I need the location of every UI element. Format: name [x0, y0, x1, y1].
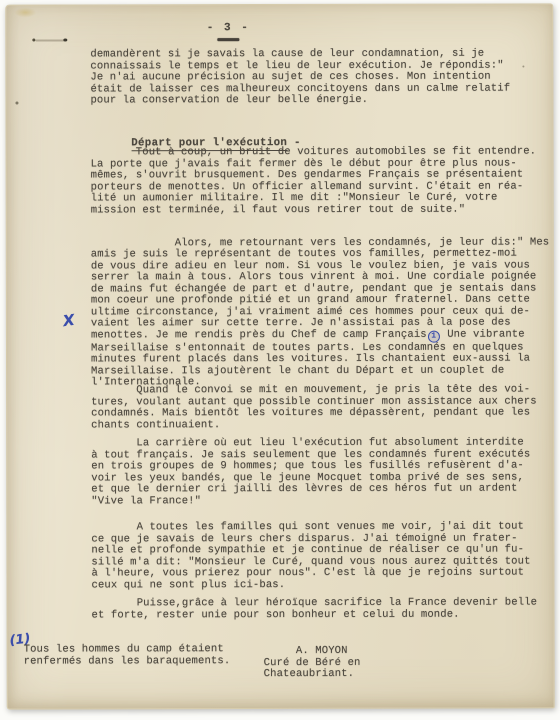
paper-stain [14, 8, 36, 18]
signature-block: A. MOYON Curé de Béré en Chateaubriant. [264, 646, 361, 681]
paper-speck [63, 38, 67, 41]
footnote-reference-number: 1 [431, 331, 436, 340]
paragraph-convoy: Quand le convoi se mit en mouvement, je … [91, 384, 537, 431]
paragraph-farewell: Alors, me retournant vers les condamnés,… [91, 225, 550, 400]
paper-speck [522, 65, 524, 67]
paper-sheet: - 3 - demandèrent si je savais la cause … [5, 3, 554, 709]
paragraph-families: A toutes les familles qui sont venues me… [91, 521, 530, 591]
paragraph-departure: Tout à coup, un bruit de voitures automo… [91, 146, 537, 216]
page-number-underline [217, 38, 239, 41]
paragraph-farewell-part1: Alors, me retournant vers les condamnés,… [91, 236, 549, 341]
paper-speck [32, 39, 35, 42]
handwritten-x-mark: X [62, 311, 76, 330]
scanned-document-page: - 3 - demandèrent si je savais la cause … [0, 0, 560, 720]
paper-speck [15, 102, 18, 105]
paragraph-execution: La carrière où eut lieu l'exécution fut … [91, 437, 530, 507]
paragraph-closing: Puisse,grâce à leur héroïque sacrifice l… [92, 597, 538, 621]
footnote-text: Tous les hommes du camp étaient renfermé… [24, 644, 231, 667]
page-number: - 3 - [206, 22, 250, 41]
page-number-text: - 3 - [207, 22, 250, 34]
paper-scratch [35, 39, 65, 41]
paragraph-intro: demandèrent si je savais la cause de leu… [90, 49, 510, 107]
